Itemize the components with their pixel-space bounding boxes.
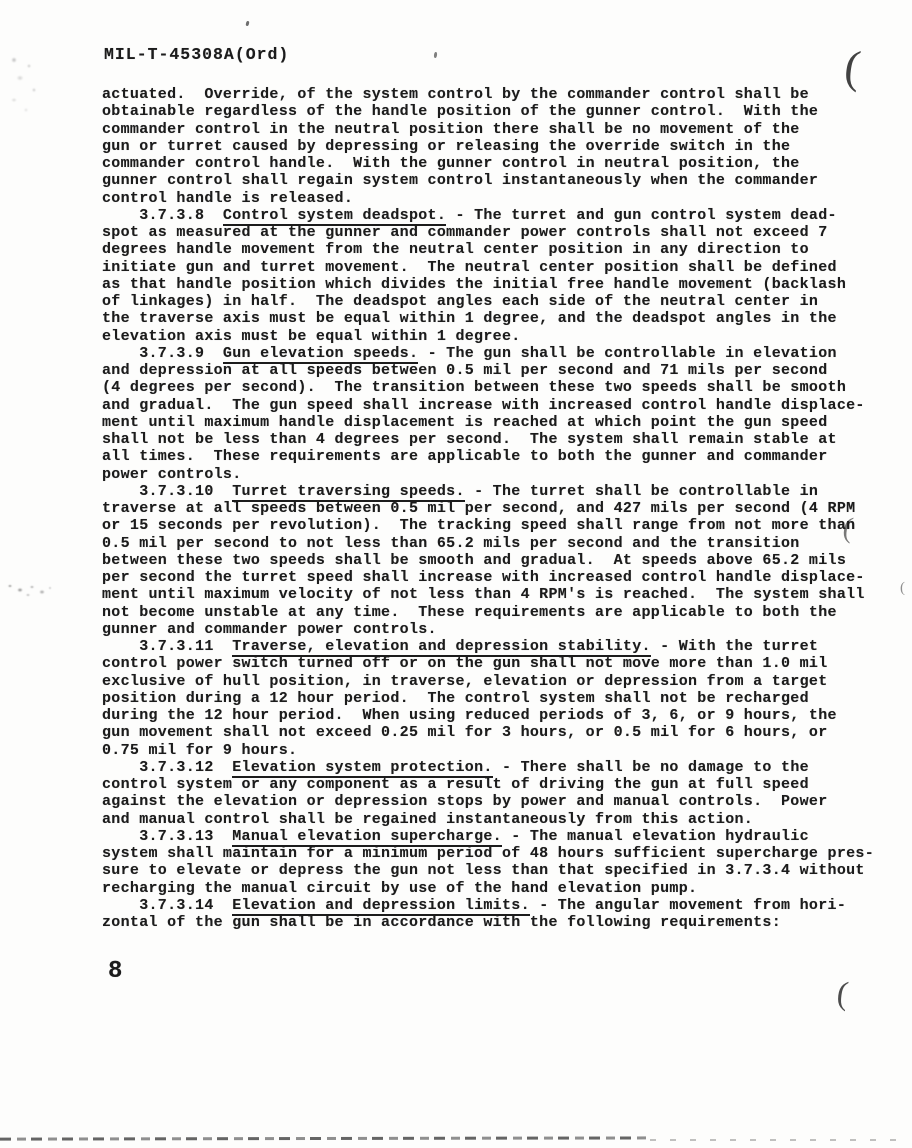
scan-smudge-icon: [2, 580, 56, 600]
section-heading: Elevation system protection.: [232, 759, 492, 778]
section-number: 3.7.3.12: [102, 759, 232, 776]
text-line: gunner control shall regain system contr…: [102, 172, 902, 189]
text-line: traverse at all speeds between 0.5 mil p…: [102, 500, 902, 517]
text-line: 3.7.3.8 Control system deadspot. - The t…: [102, 207, 902, 224]
scan-smudge-icon: [2, 50, 52, 116]
text-line: elevation axis must be equal within 1 de…: [102, 328, 902, 345]
text-line: actuated. Override, of the system contro…: [102, 86, 902, 103]
page-number: 8: [108, 958, 122, 985]
paren-mark-icon: (: [835, 975, 850, 1013]
paragraph: 3.7.3.12 Elevation system protection. - …: [102, 759, 902, 828]
text-line: 0.5 mil per second to not less than 65.2…: [102, 535, 902, 552]
section-number: 3.7.3.11: [102, 638, 232, 655]
text-line: 3.7.3.14 Elevation and depression limits…: [102, 897, 902, 914]
text-line: obtainable regardless of the handle posi…: [102, 103, 902, 120]
text-line: control power switch turned off or on th…: [102, 655, 902, 672]
text-line: 0.75 mil for 9 hours.: [102, 742, 902, 759]
paragraph: 3.7.3.11 Traverse, elevation and depress…: [102, 638, 902, 759]
scan-edge-line: [650, 1139, 900, 1141]
text-line: not become unstable at any time. These r…: [102, 604, 902, 621]
text-line: control handle is released.: [102, 190, 902, 207]
text-line: initiate gun and turret movement. The ne…: [102, 259, 902, 276]
text-line: 3.7.3.9 Gun elevation speeds. - The gun …: [102, 345, 902, 362]
text-line: system shall maintain for a minimum peri…: [102, 845, 902, 862]
text-line: during the 12 hour period. When using re…: [102, 707, 902, 724]
paragraph: 3.7.3.10 Turret traversing speeds. - The…: [102, 483, 902, 638]
text-line: commander control handle. With the gunne…: [102, 155, 902, 172]
line-text: - The turret and gun control system dead…: [446, 207, 837, 224]
section-number: 3.7.3.13: [102, 828, 232, 845]
section-number: 3.7.3.9: [102, 345, 223, 362]
text-line: gun or turret caused by depressing or re…: [102, 138, 902, 155]
document-number: MIL-T-45308A(Ord): [104, 45, 289, 64]
text-line: between these two speeds shall be smooth…: [102, 552, 902, 569]
section-heading: Turret traversing speeds.: [232, 483, 465, 502]
text-line: power controls.: [102, 466, 902, 483]
text-block: actuated. Override, of the system contro…: [102, 86, 902, 931]
section-heading: Traverse, elevation and depression stabi…: [232, 638, 651, 657]
text-line: zontal of the gun shall be in accordance…: [102, 914, 902, 931]
text-line: spot as measured at the gunner and comma…: [102, 224, 902, 241]
text-line: per second the turret speed shall increa…: [102, 569, 902, 586]
text-line: and gradual. The gun speed shall increas…: [102, 397, 902, 414]
text-line: control system or any component as a res…: [102, 776, 902, 793]
text-line: recharging the manual circuit by use of …: [102, 880, 902, 897]
paragraph: actuated. Override, of the system contro…: [102, 86, 902, 207]
paragraph: 3.7.3.13 Manual elevation supercharge. -…: [102, 828, 902, 897]
text-line: exclusive of hull position, in traverse,…: [102, 673, 902, 690]
line-text: - The manual elevation hydraulic: [502, 828, 809, 845]
text-line: 3.7.3.13 Manual elevation supercharge. -…: [102, 828, 902, 845]
text-line: shall not be less than 4 degrees per sec…: [102, 431, 902, 448]
section-heading: Manual elevation supercharge.: [232, 828, 502, 847]
text-line: ment until maximum handle displacement i…: [102, 414, 902, 431]
text-line: 3.7.3.12 Elevation system protection. - …: [102, 759, 902, 776]
section-heading: Gun elevation speeds.: [223, 345, 418, 364]
paragraph: 3.7.3.8 Control system deadspot. - The t…: [102, 207, 902, 345]
line-text: - With the turret: [651, 638, 818, 655]
line-text: - The gun shall be controllable in eleva…: [418, 345, 837, 362]
text-line: and manual control shall be regained ins…: [102, 811, 902, 828]
text-line: gunner and commander power controls.: [102, 621, 902, 638]
text-line: and depression at all speeds between 0.5…: [102, 362, 902, 379]
section-heading: Control system deadspot.: [223, 207, 446, 226]
scan-speck-icon: [434, 52, 438, 58]
text-line: ment until maximum velocity of not less …: [102, 586, 902, 603]
text-line: (4 degrees per second). The transition b…: [102, 379, 902, 396]
text-line: as that handle position which divides th…: [102, 276, 902, 293]
section-heading: Elevation and depression limits.: [232, 897, 530, 916]
scan-edge-line: [0, 1136, 648, 1140]
line-text: - The angular movement from hori-: [530, 897, 846, 914]
text-line: the traverse axis must be equal within 1…: [102, 310, 902, 327]
paragraph: 3.7.3.14 Elevation and depression limits…: [102, 897, 902, 932]
scan-speck-icon: [245, 21, 249, 27]
text-line: commander control in the neutral positio…: [102, 121, 902, 138]
text-line: of linkages) in half. The deadspot angle…: [102, 293, 902, 310]
text-line: against the elevation or depression stop…: [102, 793, 902, 810]
text-line: or 15 seconds per revolution). The track…: [102, 517, 902, 534]
section-number: 3.7.3.14: [102, 897, 232, 914]
text-line: 3.7.3.11 Traverse, elevation and depress…: [102, 638, 902, 655]
line-text: - The turret shall be controllable in: [465, 483, 818, 500]
paragraph: 3.7.3.9 Gun elevation speeds. - The gun …: [102, 345, 902, 483]
scanned-page: MIL-T-45308A(Ord) ( ( ( ( actuated. Over…: [0, 0, 912, 1148]
text-line: 3.7.3.10 Turret traversing speeds. - The…: [102, 483, 902, 500]
section-number: 3.7.3.10: [102, 483, 232, 500]
text-line: sure to elevate or depress the gun not l…: [102, 862, 902, 879]
text-line: degrees handle movement from the neutral…: [102, 241, 902, 258]
section-number: 3.7.3.8: [102, 207, 223, 224]
line-text: - There shall be no damage to the: [493, 759, 809, 776]
text-line: gun movement shall not exceed 0.25 mil f…: [102, 724, 902, 741]
text-line: all times. These requirements are applic…: [102, 448, 902, 465]
text-line: position during a 12 hour period. The co…: [102, 690, 902, 707]
